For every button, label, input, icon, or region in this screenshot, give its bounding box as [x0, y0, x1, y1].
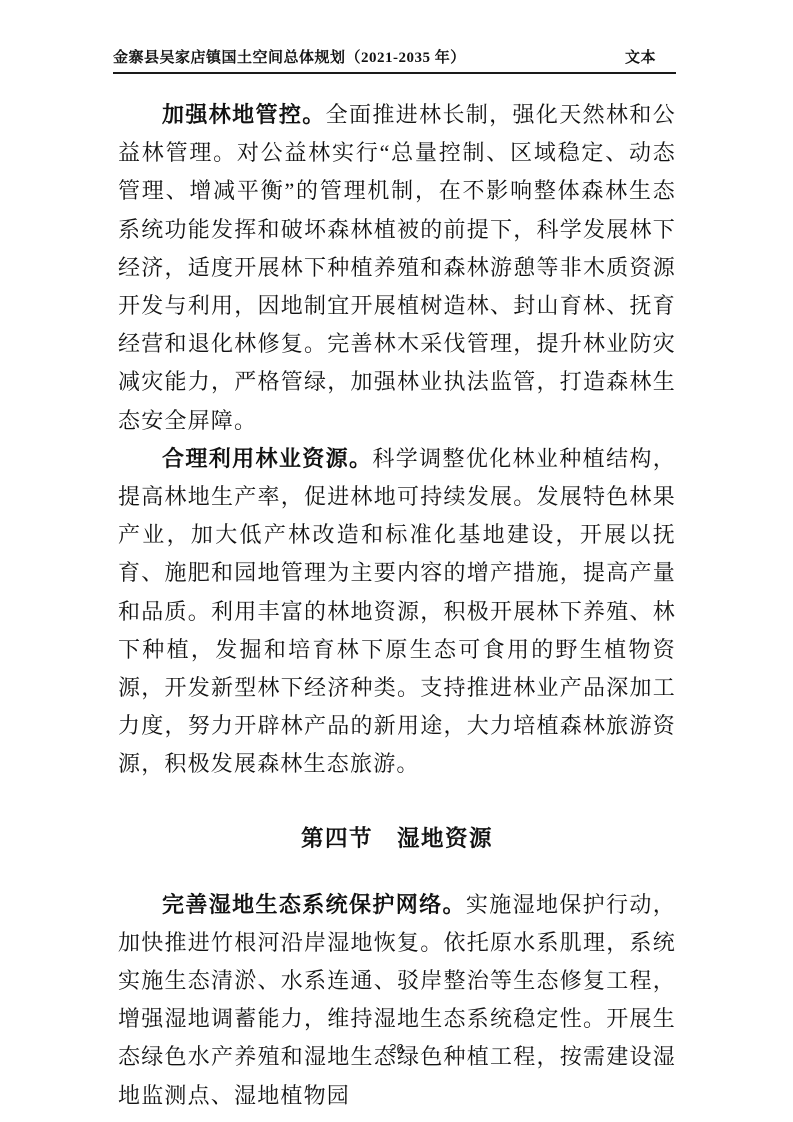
- paragraph-forest-land-control: 加强林地管控。全面推进林长制，强化天然林和公益林管理。对公益林实行“总量控制、区…: [118, 96, 676, 440]
- paragraph-forestry-resource-use: 合理利用林业资源。科学调整优化林业种植结构，提高林地生产率，促进林地可持续发展。…: [118, 440, 676, 784]
- header-title: 金寨县吴家店镇国土空间总体规划（2021-2035 年）: [113, 46, 466, 67]
- paragraph-lead: 加强林地管控。: [162, 102, 326, 127]
- page-footer: 26: [0, 1040, 793, 1058]
- paragraph-wetland-protection: 完善湿地生态系统保护网络。实施湿地保护行动，加快推进竹根河沿岸湿地恢复。依托原水…: [118, 886, 676, 1115]
- document-page: 金寨县吴家店镇国土空间总体规划（2021-2035 年） 文本 加强林地管控。全…: [0, 0, 793, 1122]
- page-header: 金寨县吴家店镇国土空间总体规划（2021-2035 年） 文本: [113, 46, 676, 74]
- paragraph-text: 科学调整优化林业种植结构，提高林地生产率，促进林地可持续发展。发展特色林果产业，…: [118, 446, 676, 777]
- page-body: 加强林地管控。全面推进林长制，强化天然林和公益林管理。对公益林实行“总量控制、区…: [118, 96, 676, 1115]
- page-number: 26: [389, 1041, 403, 1056]
- paragraph-lead: 合理利用林业资源。: [162, 446, 372, 471]
- section-heading: 第四节 湿地资源: [118, 824, 676, 854]
- paragraph-lead: 完善湿地生态系统保护网络。: [162, 892, 466, 917]
- header-doc-type: 文本: [625, 46, 676, 67]
- paragraph-text: 全面推进林长制，强化天然林和公益林管理。对公益林实行“总量控制、区域稳定、动态管…: [118, 102, 676, 433]
- header-row: 金寨县吴家店镇国土空间总体规划（2021-2035 年） 文本: [113, 46, 676, 74]
- paragraph-text: 实施湿地保护行动，加快推进竹根河沿岸湿地恢复。依托原水系肌理，系统实施生态清淤、…: [118, 892, 676, 1108]
